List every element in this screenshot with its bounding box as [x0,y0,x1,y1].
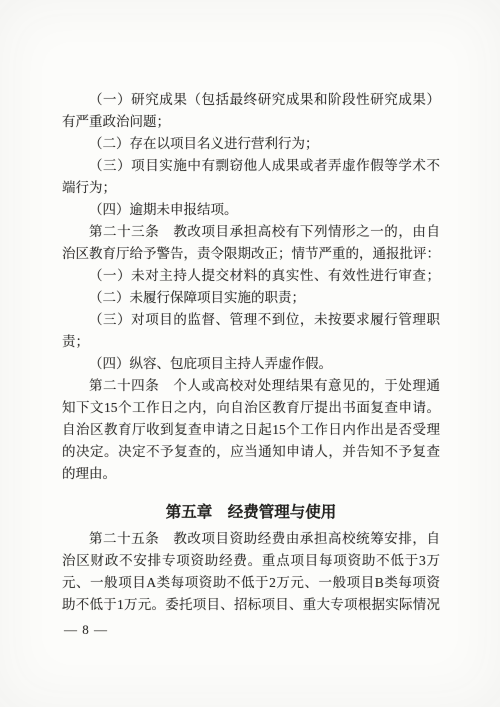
text-line: 治区财政不安排专项资助经费。重点项目每项资助不低于3万 [62,550,440,572]
page-number: — 8 — [64,620,108,640]
text-line: （二）存在以项目名义进行营利行为； [62,133,440,155]
text-line: 有严重政治问题； [62,111,440,133]
text-line: （三）对项目的监督、管理不到位，未按要求履行管理职 [62,309,440,331]
text-line: 治区教育厅给予警告，责令限期改正；情节严重的，通报批评： [62,243,440,265]
document-body: （一）研究成果（包括最终研究成果和阶段性研究成果） 有严重政治问题； （二）存在… [62,89,440,616]
chapter-heading: 第五章 经费管理与使用 [62,501,440,525]
text-line: 第二十五条 教改项目资助经费由承担高校统筹安排，自 [62,528,440,550]
document-page: （一）研究成果（包括最终研究成果和阶段性研究成果） 有严重政治问题； （二）存在… [0,0,500,707]
text-line: 端行为； [62,177,440,199]
text-line: 元、一般项目A类每项资助不低于2万元、一般项目B类每项资 [62,572,440,594]
text-line: 的决定。决定不予复查的，应当通知申请人，并告知不予复查 [62,441,440,463]
text-line: （三）项目实施中有剽窃他人成果或者弄虚作假等学术不 [62,155,440,177]
text-line: （二）未履行保障项目实施的职责； [62,287,440,309]
text-line: （一）未对主持人提交材料的真实性、有效性进行审查； [62,265,440,287]
text-line: 自治区教育厅收到复查申请之日起15个工作日内作出是否受理 [62,419,440,441]
text-line: （四）逾期未申报结项。 [62,199,440,221]
text-line: 助不低于1万元。委托项目、招标项目、重大专项根据实际情况 [62,594,440,616]
text-line: 知下文15个工作日之内，向自治区教育厅提出书面复查申请。 [62,397,440,419]
text-line: 第二十三条 教改项目承担高校有下列情形之一的，由自 [62,221,440,243]
text-line: （一）研究成果（包括最终研究成果和阶段性研究成果） [62,89,440,111]
text-line: （四）纵容、包庇项目主持人弄虚作假。 [62,353,440,375]
text-line: 的理由。 [62,463,440,485]
text-line: 责； [62,331,440,353]
text-line: 第二十四条 个人或高校对处理结果有意见的，于处理通 [62,375,440,397]
